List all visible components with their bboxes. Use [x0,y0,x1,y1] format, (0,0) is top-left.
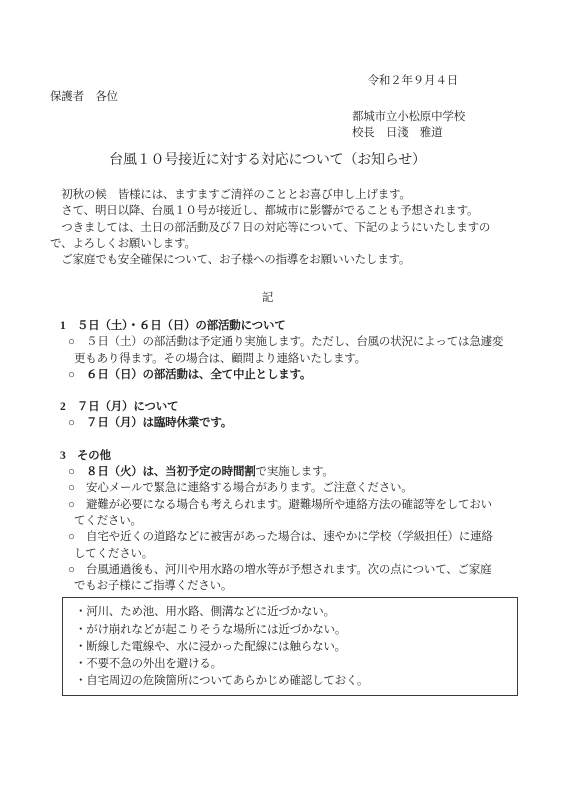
bullet-item: ○ ８日（火）は、当初予定の時間割で実施します。 [68,464,510,480]
section-heading: 3 その他 [60,448,510,464]
bullet-text: で実施します。 [256,466,334,478]
bullet-item-continuation: してください。 [74,546,510,562]
school-name: 都城市立小松原中学校 [352,109,510,125]
section-monday-closure: 2 ７日（月）について ○ ７日（月）は臨時休業です。 [50,399,510,432]
greeting-line: で、よろしくお願いします。 [50,236,510,252]
principal-name: 校長 日淺 雅道 [352,125,510,141]
safety-item: ・不要不急の外出を避ける。 [75,656,507,673]
safety-item: ・自宅周辺の危険箇所についてあらかじめ確認しておく。 [75,673,507,690]
bullet-item: ○ ５日（土）の部活動は予定通り実施します。ただし、台風の状況によっては急遽変 [68,334,510,350]
bullet-item: ○ 避難が必要になる場合も考えられます。避難場所や連絡方法の確認等をしておい [68,497,510,513]
bullet-marker: ○ [68,466,86,478]
bullet-item-continuation: てください。 [74,513,510,529]
bullet-item: ○ ７日（月）は臨時休業です。 [68,415,510,431]
bullet-marker: ○ [68,417,86,429]
section-heading: 2 ７日（月）について [60,399,510,415]
document-page: 令和２年９月４日 保護者 各位 都城市立小松原中学校 校長 日淺 雅道 台風１０… [0,0,566,800]
bullet-text-bold: ７日（月）は臨時休業です。 [86,417,232,429]
sender-block: 都城市立小松原中学校 校長 日淺 雅道 [352,109,510,142]
bullet-item-continuation: 更もあり得ます。その場合は、顧問より連絡いたします。 [74,351,510,367]
greeting-line: つきましては、土日の部活動及び７日の対応等について、下記のようにいたしますの [50,220,510,236]
safety-item: ・河川、ため池、用水路、側溝などに近づかない。 [75,604,507,621]
bullet-text-bold: ６日（日）の部活動は、全て中止とします。 [86,369,311,381]
document-title: 台風１０号接近に対する対応について（お知らせ） [50,149,485,173]
bullet-item: ○ 台風通過後も、河川や用水路の増水等が予想されます。次の点について、ご家庭 [68,562,510,578]
section-weekend-club-activities: 1 ５日（土）・６日（日）の部活動について ○ ５日（土）の部活動は予定通り実施… [50,318,510,383]
bullet-item: ○ 安心メールで緊急に連絡する場合があります。ご注意ください。 [68,480,510,496]
addressee: 保護者 各位 [50,89,510,105]
greeting-paragraph: 初秋の候 皆様には、ますますご清祥のこととお喜び申し上げます。 さて、明日以降、… [50,187,510,268]
greeting-line: ご家庭でも安全確保について、お子様への指導をお願いいたします。 [50,252,510,268]
safety-item: ・がけ崩れなどが起こりそうな場所には近づかない。 [75,622,507,639]
greeting-line: さて、明日以降、台風１０号が接近し、都城市に影響がでることも予想されます。 [50,203,510,219]
bullet-marker: ○ [68,369,86,381]
safety-instructions-box: ・河川、ため池、用水路、側溝などに近づかない。 ・がけ崩れなどが起こりそうな場所… [62,597,518,696]
safety-item: ・断線した電線や、水に浸かった配線には触らない。 [75,639,507,656]
bullet-item-continuation: でもお子様にご指導ください。 [74,578,510,594]
record-mark: 記 [50,290,485,306]
bullet-item: ○ 自宅や近くの道路などに被害があった場合は、速やかに学校（学級担任）に連絡 [68,529,510,545]
greeting-line: 初秋の候 皆様には、ますますご清祥のこととお喜び申し上げます。 [50,187,510,203]
bullet-text-bold: ８日（火）は、当初予定の時間割 [86,466,256,478]
document-date: 令和２年９月４日 [50,73,510,89]
section-heading: 1 ５日（土）・６日（日）の部活動について [60,318,510,334]
bullet-item: ○ ６日（日）の部活動は、全て中止とします。 [68,367,510,383]
section-other: 3 その他 ○ ８日（火）は、当初予定の時間割で実施します。 ○ 安心メールで緊… [50,448,510,595]
